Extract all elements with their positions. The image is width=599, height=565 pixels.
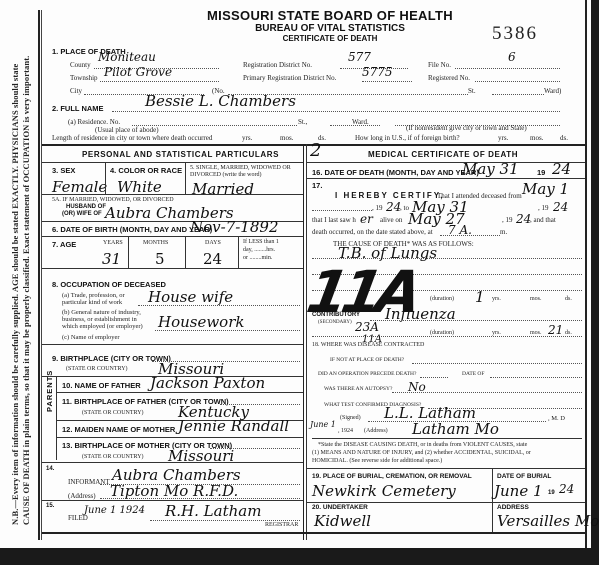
mother-bp-state-label: (STATE OR COUNTRY) (82, 454, 144, 460)
scan-edge-bottom (0, 548, 599, 565)
duration-label: (duration) (430, 296, 454, 302)
right-border (585, 0, 587, 548)
informant-address-value: Tipton Mo R.F.D. (110, 482, 238, 500)
secondary-label: (SECONDARY) (318, 320, 352, 325)
death-occurred-label: death occurred, on the date stated above… (312, 228, 433, 236)
physician-address: Latham Mo (412, 420, 499, 438)
spouse-label-3: (OR) WIFE OF (62, 211, 102, 217)
full-name-label: 2. FULL NAME (52, 104, 104, 113)
mother-label: 12. MAIDEN NAME OF MOTHER (62, 425, 175, 434)
item-17: 17. (312, 181, 322, 190)
reg-district-value: 577 (348, 50, 371, 64)
residence-st-label: St., (298, 118, 307, 126)
filed-date: June 1 1924 (84, 505, 145, 516)
bureau-title: BUREAU OF VITAL STATISTICS (180, 23, 480, 34)
contrib-ds-label: ds. (565, 330, 572, 336)
registrar-label: REGISTRAR (265, 522, 298, 528)
footnote-line1: *State the DISEASE CAUSING DEATH, or in … (318, 442, 527, 448)
mother-value: Jennie Randall (178, 417, 289, 435)
autopsy-value: No (408, 380, 426, 394)
medical-section-title: MEDICAL CERTIFICATE OF DEATH (368, 150, 518, 159)
dod-label: 16. DATE OF DEATH (MONTH, DAY AND YEAR) (312, 168, 479, 177)
contributory-label: CONTRIBUTORY (312, 312, 360, 318)
left-border-inner (41, 10, 42, 540)
trade-label-1: (a) Trade, profession, or (62, 292, 125, 299)
death-time: 7 A. (448, 223, 472, 237)
city-ward-label: Ward) (544, 87, 561, 95)
left-border (38, 10, 40, 540)
less-min-label: or ........min. (243, 255, 272, 261)
father-label: 10. NAME OF FATHER (62, 381, 141, 390)
registered-no-label: Registered No. (428, 74, 470, 82)
alive-19-label: , 19 (502, 216, 513, 224)
marital-value: Married (192, 180, 254, 198)
margin-note-line2: CAUSE OF DEATH in plain terms, so that i… (21, 56, 31, 525)
last-saw-label: that I last saw h (312, 216, 356, 224)
autopsy-label: WAS THERE AN AUTOPSY? (324, 386, 392, 392)
medical-section-number: 2 (310, 140, 321, 161)
months-label: MONTHS (143, 240, 168, 246)
dod-19: 19 (537, 168, 545, 177)
file-no-value: 6 (508, 50, 516, 64)
from-19-label: , 19 (372, 204, 383, 212)
informant-number: 14. (46, 466, 54, 472)
dod-value: May 31 (462, 160, 519, 178)
age-label: 7. AGE (52, 240, 76, 249)
less-than-label: If LESS than 1 (243, 239, 279, 245)
undertaker-address-value: Versailles Mo (497, 512, 599, 530)
reg-district-label: Registration District No. (243, 61, 312, 69)
length-residence-label: Length of residence in city or town wher… (52, 134, 212, 142)
primary-reg-label: Primary Registration District No. (243, 74, 336, 82)
personal-section-title: PERSONAL AND STATISTICAL PARTICULARS (82, 150, 279, 159)
signed-date: June 1 (310, 420, 336, 429)
race-label: 4. COLOR OR RACE (110, 166, 182, 175)
less-hrs-label: day, ........hrs. (243, 247, 275, 253)
duration-yrs-label: yrs. (492, 296, 501, 302)
township-label: Township (70, 74, 98, 82)
undertaker-value: Kidwell (314, 512, 371, 530)
burial-date-value: June 1 (494, 482, 543, 500)
burial-date-label: DATE OF BURIAL (497, 473, 551, 480)
nonresident-note: (If nonresident give city or town and St… (406, 124, 527, 132)
industry-label-2: business, or establishment in (62, 316, 137, 323)
length-mos: mos. (280, 134, 293, 142)
duration-years: 1 (475, 288, 485, 306)
burial-place-label: 19. PLACE OF BURIAL, CREMATION, OR REMOV… (312, 473, 472, 480)
registrar-signature: R.H. Latham (165, 502, 261, 520)
birthplace-state-label: (STATE OR COUNTRY) (66, 366, 128, 372)
burial-year: 24 (559, 482, 574, 496)
county-label: County (70, 61, 91, 69)
contributory-code: 23A (355, 320, 379, 334)
father-bp-state-label: (STATE OR COUNTRY) (82, 410, 144, 416)
informant-address-label: (Address) (68, 492, 96, 500)
parents-label: PARENTS (45, 370, 54, 412)
primary-reg-value: 5775 (362, 65, 393, 79)
industry-label-3: which employed (or employer) (62, 323, 143, 330)
undertaker-address-label: ADDRESS (497, 504, 529, 511)
length-yrs: yrs. (242, 134, 252, 142)
alive-on-year: 24 (516, 212, 531, 226)
trade-label-2: particular kind of work (62, 299, 122, 306)
margin-note-line1: N.B.—Every item of information should be… (10, 64, 20, 525)
filed-number: 15. (46, 503, 54, 509)
last-saw-pronoun: er (360, 212, 373, 226)
to-19-label: , 19 (538, 204, 549, 212)
trade-value: House wife (148, 288, 233, 306)
years-value: 31 (102, 250, 121, 268)
footnote-line2: (1) MEANS AND NATURE OF INJURY, and (2) … (312, 450, 531, 456)
years-label: YEARS (103, 240, 123, 246)
burial-19: 19 (548, 490, 555, 496)
foreign-ds: ds. (560, 134, 568, 142)
township-value: Pilot Grove (104, 65, 172, 79)
days-label: DAYS (205, 240, 221, 246)
signed-year: , 1924 (338, 428, 353, 434)
city-st-label: St. (468, 87, 476, 95)
marital-label: 5. SINGLE, MARRIED, WIDOWED OR DIVORCED … (190, 165, 300, 179)
spouse-label-2: HUSBAND OF (66, 204, 106, 210)
city-label: City (70, 87, 82, 95)
md-label: , M. D (548, 415, 565, 422)
foreign-birth-label: How long in U.S., if of foreign birth? (355, 134, 460, 142)
residence-label: (a) Residence. No. (68, 118, 120, 126)
employer-label: (c) Name of employer (62, 334, 120, 341)
item-18-code: 11A (362, 334, 382, 345)
county-value: Moniteau (98, 50, 156, 64)
footnote-line3: HOMICIDAL. (See reverse side for additio… (312, 458, 442, 464)
contrib-yrs-label: yrs. (492, 330, 501, 336)
not-at-place-label: IF NOT AT PLACE OF DEATH? (330, 357, 404, 363)
scan-edge-right (591, 0, 599, 565)
attended-from-year: 24 (386, 200, 401, 214)
residence-sub-label: (Usual place of abode) (95, 126, 159, 134)
death-certificate: N.B.—Every item of information should be… (0, 0, 599, 565)
certificate-number: 5386 (492, 23, 538, 45)
residence-ward-label: Ward. (352, 118, 369, 126)
undertaker-label: 20. UNDERTAKER (312, 504, 368, 511)
spouse-label-1: 5A. IF MARRIED, WIDOWED, OR DIVORCED (52, 197, 174, 203)
full-name-value: Bessie L. Chambers (145, 92, 296, 110)
physician-address-label: (Address) (364, 428, 388, 434)
board-title: MISSOURI STATE BOARD OF HEALTH (180, 8, 480, 23)
operation-date-label: DATE OF (462, 371, 484, 377)
contrib-duration-days: 21 (548, 323, 563, 337)
days-value: 24 (203, 250, 222, 268)
signed-label: (Signed) (340, 415, 361, 421)
contrib-mos-label: mos. (530, 330, 542, 336)
burial-place-value: Newkirk Cemetery (312, 482, 456, 500)
attended-from-date: May 1 (522, 180, 569, 198)
operation-label: DID AN OPERATION PRECEDE DEATH? (318, 371, 416, 377)
attended-to-year: 24 (553, 200, 568, 214)
father-value: Jackson Paxton (150, 374, 265, 392)
months-value: 5 (155, 250, 165, 268)
foreign-mos: mos. (530, 134, 543, 142)
sex-label: 3. SEX (52, 166, 75, 175)
dod-year: 24 (552, 160, 571, 178)
duration-mos-label: mos. (530, 296, 542, 302)
document-header: MISSOURI STATE BOARD OF HEALTH BUREAU OF… (180, 8, 480, 43)
alive-on-label: alive on (380, 216, 402, 224)
duration-ds-label: ds. (565, 296, 572, 302)
dob-label: 6. DATE OF BIRTH (MONTH, DAY AND YEAR) (52, 225, 212, 234)
dob-value: Nov-7-1892 (190, 218, 278, 236)
foreign-yrs: yrs. (498, 134, 508, 142)
industry-label-1: (b) General nature of industry, (62, 309, 141, 316)
file-no-label: File No. (428, 61, 451, 69)
industry-value: Housework (158, 313, 244, 331)
contrib-duration-label: (duration) (430, 330, 454, 336)
death-m-label: m. (500, 228, 507, 236)
and-that-label: , and that (530, 216, 556, 224)
certificate-type: CERTIFICATE OF DEATH (180, 34, 480, 43)
